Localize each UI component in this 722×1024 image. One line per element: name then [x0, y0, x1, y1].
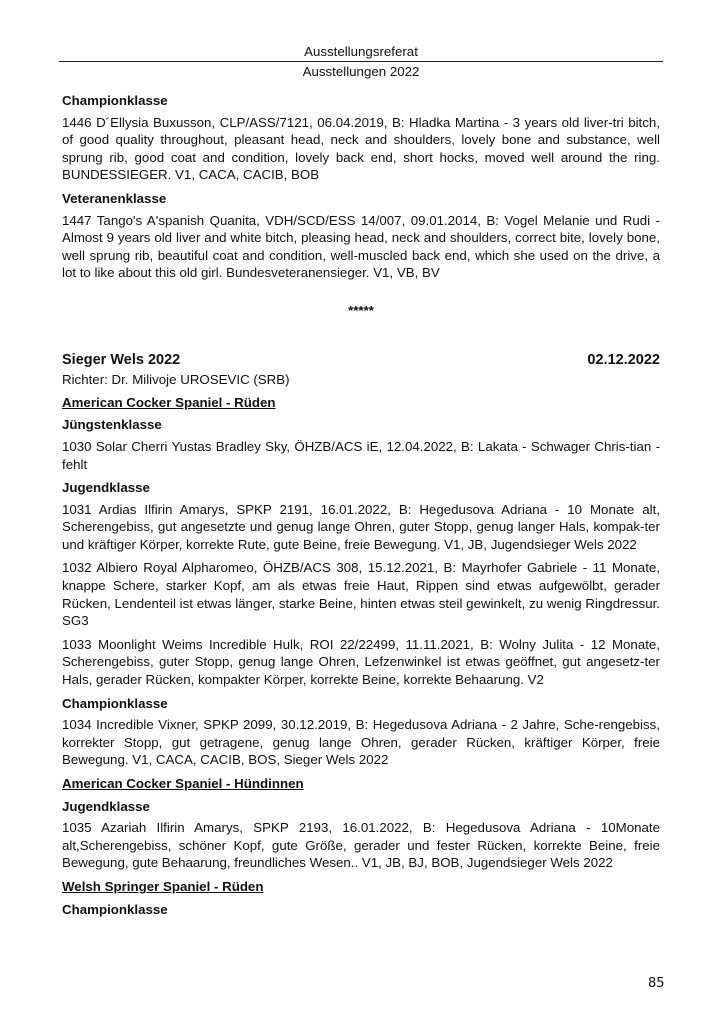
section-separator: *****	[62, 302, 660, 320]
class-heading: Jugendklasse	[62, 798, 660, 816]
breed-heading: American Cocker Spaniel - Rüden	[62, 394, 660, 412]
entry: 1032 Albiero Royal Alpharomeo, ÖHZB/ACS …	[62, 559, 660, 629]
breed-heading: American Cocker Spaniel - Hündinnen	[62, 775, 660, 793]
header-rule	[59, 61, 663, 62]
entry: 1446 D´Ellysia Buxusson, CLP/ASS/7121, 0…	[62, 114, 660, 184]
header-subtitle: Ausstellungen 2022	[59, 64, 663, 80]
show-title: Sieger Wels 2022	[62, 352, 180, 370]
judge-line: Richter: Dr. Milivoje UROSEVIC (SRB)	[62, 371, 660, 389]
header-title: Ausstellungsreferat	[59, 44, 663, 60]
page-header: Ausstellungsreferat Ausstellungen 2022	[59, 44, 663, 80]
class-heading: Championklasse	[62, 695, 660, 713]
entry: 1034 Incredible Vixner, SPKP 2099, 30.12…	[62, 716, 660, 769]
entry: 1035 Azariah Ilfirin Amarys, SPKP 2193, …	[62, 819, 660, 872]
page-number: 85	[648, 976, 665, 991]
class-heading: Championklasse	[62, 901, 660, 919]
entry: 1447 Tango's A'spanish Quanita, VDH/SCD/…	[62, 212, 660, 282]
entry: 1033 Moonlight Weims Incredible Hulk, RO…	[62, 636, 660, 689]
show-heading: Sieger Wels 2022 02.12.2022	[62, 352, 660, 370]
class-heading: Veteranenklasse	[62, 190, 660, 208]
page-content: Championklasse 1446 D´Ellysia Buxusson, …	[62, 92, 660, 922]
show-date: 02.12.2022	[587, 352, 660, 370]
breed-heading: Welsh Springer Spaniel - Rüden	[62, 878, 660, 896]
class-heading: Jüngstenklasse	[62, 416, 660, 434]
entry: 1030 Solar Cherri Yustas Bradley Sky, ÖH…	[62, 438, 660, 473]
class-heading: Jugendklasse	[62, 479, 660, 497]
entry: 1031 Ardias Ilfirin Amarys, SPKP 2191, 1…	[62, 501, 660, 554]
class-heading: Championklasse	[62, 92, 660, 110]
